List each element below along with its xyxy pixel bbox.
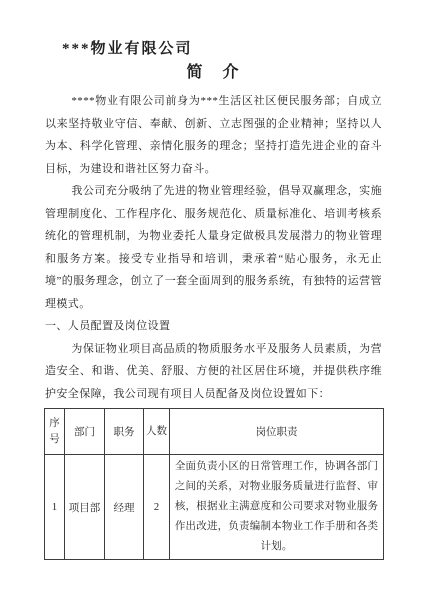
intro-heading: 简 介 <box>45 64 382 82</box>
cell-department: 项目部 <box>65 455 105 560</box>
company-title: ***物业有限公司 <box>62 40 382 58</box>
cell-headcount: 2 <box>144 455 170 560</box>
staffing-table: 序号 部门 职务 人数 岗位职责 1 项目部 经理 2 全面负责小区的日常管理工… <box>44 408 384 560</box>
section-heading-staffing: 一、人员配置及岗位设置 <box>45 315 382 338</box>
cell-seq: 1 <box>45 455 65 560</box>
staffing-table-header: 序号 部门 职务 人数 岗位职责 <box>45 409 384 455</box>
paragraph-management-philosophy: 我公司充分吸纳了先进的物业管理经验，倡导双赢理念，实施管理制度化、工作程序化、服… <box>45 180 382 315</box>
table-row: 1 项目部 经理 2 全面负责小区的日常管理工作，协调各部门之间的关系，对物业服… <box>45 455 384 560</box>
column-header-seq: 序号 <box>45 409 65 455</box>
column-header-position: 职务 <box>105 409 144 455</box>
cell-duties: 全面负责小区的日常管理工作，协调各部门之间的关系，对物业服务质量进行监督、审核，… <box>170 455 384 560</box>
header-row: 序号 部门 职务 人数 岗位职责 <box>45 409 384 455</box>
column-header-duties: 岗位职责 <box>170 409 384 455</box>
paragraph-company-history: ****物业有限公司前身为***生活区社区便民服务部；自成立以来坚持敬业守信、奉… <box>45 90 382 180</box>
column-header-headcount: 人数 <box>144 409 170 455</box>
cell-position: 经理 <box>105 455 144 560</box>
column-header-department: 部门 <box>65 409 105 455</box>
paragraph-staffing-intro: 为保证物业项目高品质的物质服务水平及服务人员素质，为营造安全、和谐、优美、舒服、… <box>45 338 382 406</box>
document-page: ***物业有限公司 简 介 ****物业有限公司前身为***生活区社区便民服务部… <box>0 0 424 600</box>
